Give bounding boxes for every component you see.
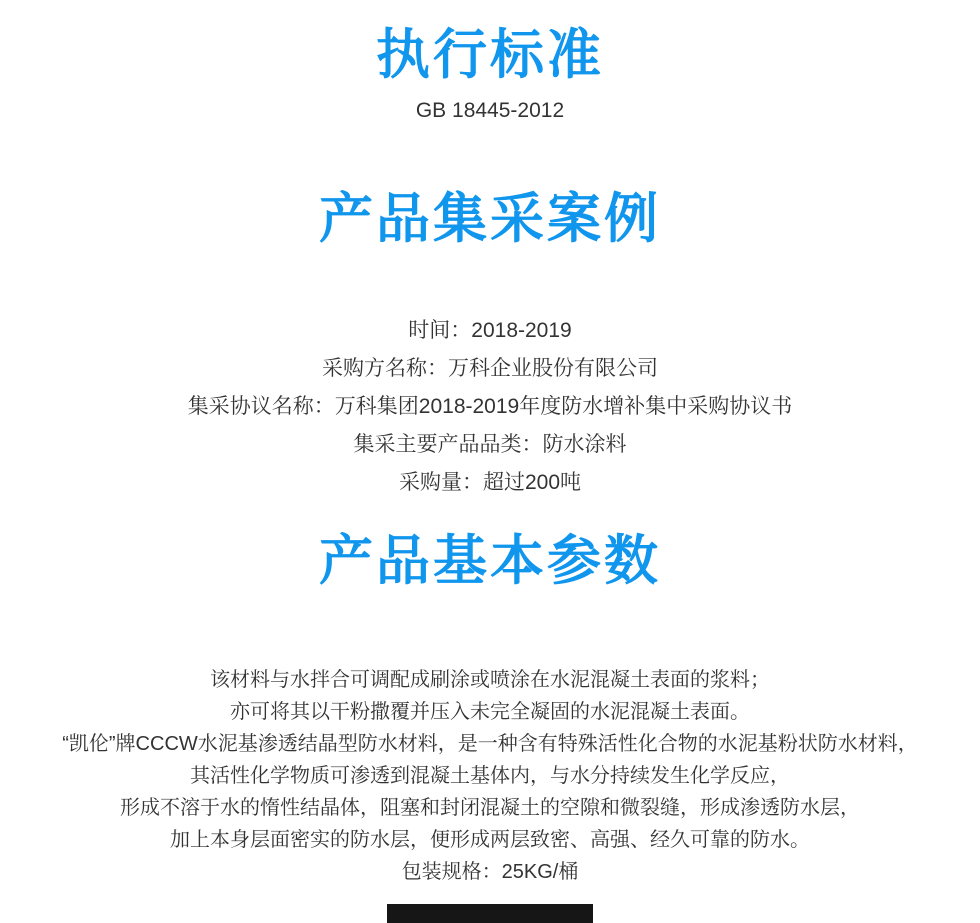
procurement-section: 产品集采案例 时间：2018-2019 采购方名称：万科企业股份有限公司 集采协… — [0, 188, 980, 502]
paragraph-line: 加上本身层面密实的防水层，便形成两层致密、高强、经久可靠的防水。 — [0, 824, 980, 856]
standard-code: GB 18445-2012 — [0, 98, 980, 124]
standard-section-title: 执行标准 — [0, 24, 980, 86]
paragraph-line: “凯伦”牌CCCW水泥基渗透结晶型防水材料，是一种含有特殊活性化合物的水泥基粉状… — [0, 728, 980, 760]
partial-product-image — [387, 904, 593, 923]
paragraph-line: 其活性化学物质可渗透到混凝土基体内，与水分持续发生化学反应， — [0, 760, 980, 792]
procurement-buyer-line: 采购方名称：万科企业股份有限公司 — [0, 350, 980, 388]
parameters-section-title: 产品基本参数 — [0, 530, 980, 592]
procurement-time-line: 时间：2018-2019 — [0, 312, 980, 350]
standard-section: 执行标准 GB 18445-2012 — [0, 0, 980, 124]
packaging-spec-line: 包装规格：25KG/桶 — [0, 856, 980, 888]
paragraph-line: 亦可将其以干粉撒覆并压入未完全凝固的水泥混凝土表面。 — [0, 696, 980, 728]
procurement-section-title: 产品集采案例 — [0, 188, 980, 250]
parameters-paragraph: 该材料与水拌合可调配成刷涂或喷涂在水泥混凝土表面的浆料； 亦可将其以干粉撒覆并压… — [0, 664, 980, 888]
procurement-category-line: 集采主要产品品类：防水涂料 — [0, 426, 980, 464]
procurement-volume-line: 采购量：超过200吨 — [0, 464, 980, 502]
procurement-info-list: 时间：2018-2019 采购方名称：万科企业股份有限公司 集采协议名称：万科集… — [0, 312, 980, 502]
procurement-agreement-line: 集采协议名称：万科集团2018-2019年度防水增补集中采购协议书 — [0, 388, 980, 426]
product-detail-page: 执行标准 GB 18445-2012 产品集采案例 时间：2018-2019 采… — [0, 0, 980, 923]
parameters-section: 产品基本参数 该材料与水拌合可调配成刷涂或喷涂在水泥混凝土表面的浆料； 亦可将其… — [0, 530, 980, 888]
paragraph-line: 形成不溶于水的惰性结晶体，阻塞和封闭混凝土的空隙和微裂缝，形成渗透防水层， — [0, 792, 980, 824]
paragraph-line: 该材料与水拌合可调配成刷涂或喷涂在水泥混凝土表面的浆料； — [0, 664, 980, 696]
